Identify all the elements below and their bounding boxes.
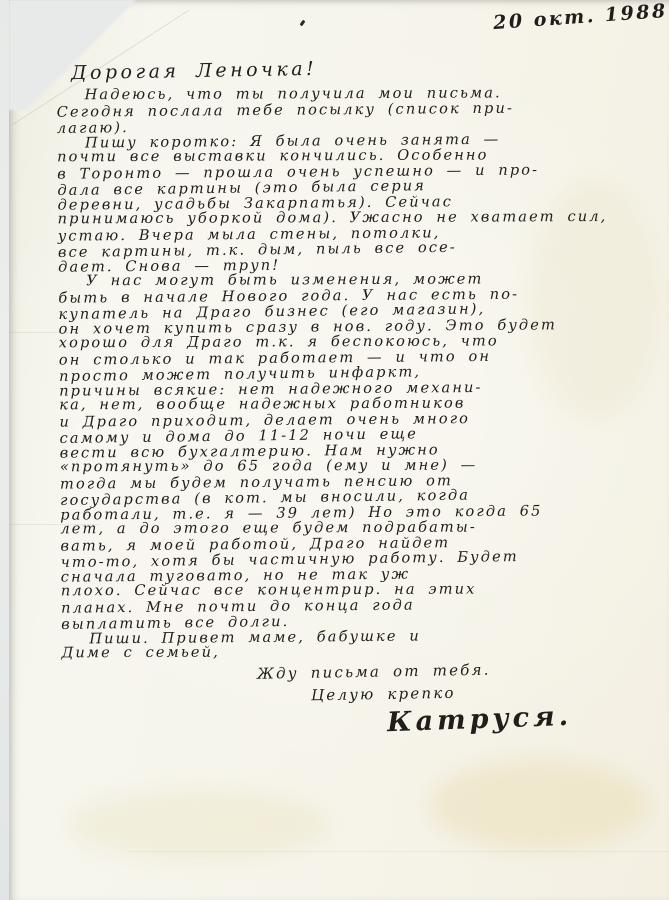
closing-await-line: Жду письма от тебя. — [257, 659, 572, 682]
handwritten-line: плохо. Сейчас все концентрир. на этих — [61, 581, 669, 599]
signature: Катруся. — [387, 701, 573, 738]
letter-body: Надеюсь, что ты получила мои письма.Сего… — [57, 83, 669, 662]
handwritten-line: «протянуть» до 65 года (ему и мне) — — [60, 457, 669, 475]
paper-stain-bottom-right — [429, 760, 649, 850]
paper-stain-bottom-left — [69, 790, 329, 860]
handwritten-line: ка, нет, вообще надежных работников — [59, 395, 669, 413]
handwritten-line: почти все выставки кончились. Особенно — [57, 147, 669, 165]
letter-closing: Жду письма от тебя. Целую крепко Катруся… — [59, 662, 572, 735]
salutation: Дорогая Леночка! — [71, 58, 318, 84]
handwritten-line: хорошо для Драго т.к. я беспокоюсь, что — [59, 333, 669, 351]
letter-paper: 20 окт. 1988 Дорогая Леночка! Надеюсь, ч… — [9, 0, 669, 900]
ink-speck — [300, 20, 306, 27]
handwritten-line: лет, а до этого еще будем подрабаты- — [60, 519, 669, 537]
closing-valediction: Целую крепко — [311, 682, 572, 705]
letter-date: 20 окт. 1988 — [492, 0, 668, 34]
handwritten-line: Диме с семьей, — [61, 643, 669, 661]
handwritten-line: У нас могут быть изменения, может — [58, 271, 669, 289]
handwritten-line: Надеюсь, что ты получила мои письма. — [57, 85, 669, 103]
scanned-letter-page: { "letter": { "date": "20 окт. 1988", "s… — [0, 0, 669, 900]
handwritten-line: принимаюсь уборкой дома). Ужасно не хват… — [58, 209, 669, 227]
